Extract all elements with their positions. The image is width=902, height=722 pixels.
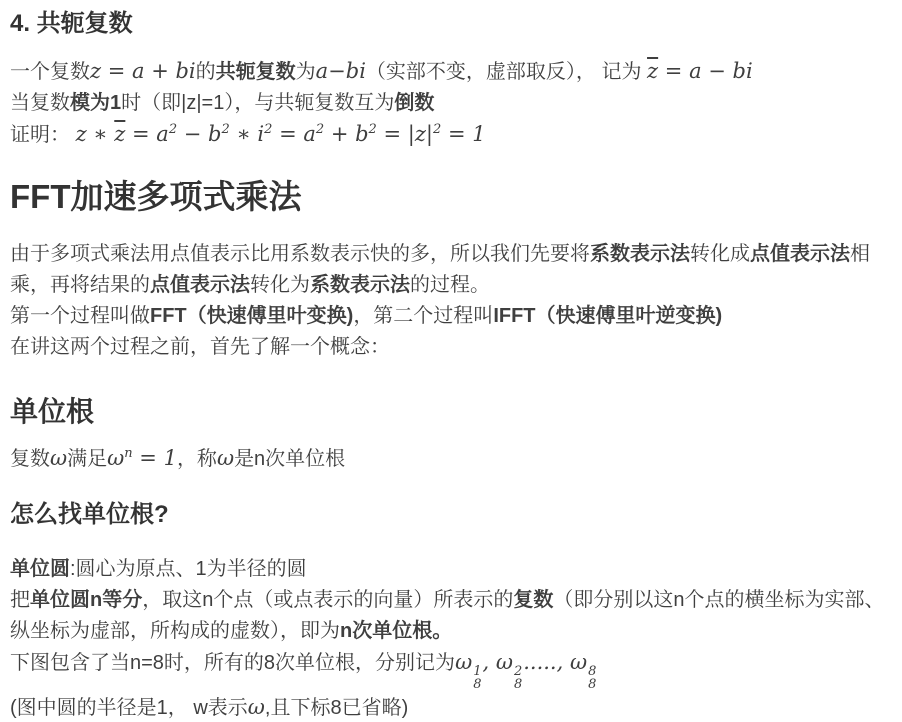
body-text: 的过程。	[410, 274, 490, 296]
bold-text: 单位圆	[10, 558, 70, 580]
heading-unit-root: 单位根	[10, 395, 880, 429]
math-text: ∗ i2	[230, 122, 273, 146]
math-text: ωn	[107, 446, 133, 470]
body-text: 为	[296, 61, 316, 83]
math-text: ω	[217, 446, 234, 470]
para-divide-circle-line2: 纵坐标为虚部，所构成的虚数），即为n次单位根。	[10, 616, 880, 647]
para-conjugate-definition: 一个复数z = a + bi的共轭复数为a−bi（实部不变，虚部取反）， 记为 …	[10, 56, 880, 88]
bold-text: IFFT（快速傅里叶逆变换)	[493, 305, 722, 327]
math-text: = 1	[441, 122, 485, 146]
para-fft-reason-line2: 乘，再将结果的点值表示法转化为系数表示法的过程。	[10, 270, 880, 301]
body-text: 怎么找单位根?	[10, 501, 169, 528]
bold-text: 共轭复数	[216, 61, 296, 83]
body-text: FFT加速多项式乘法	[10, 178, 301, 215]
body-text: :圆心为原点、1为半径的圆	[70, 558, 307, 580]
para-figure-note: (图中圆的半径是1， w表示ω,且下标8已省略)	[10, 692, 880, 722]
bold-text: 单位圆n等分	[30, 589, 142, 611]
para-unit-circle: 单位圆:圆心为原点、1为半径的圆	[10, 554, 880, 585]
body-text: 相	[850, 243, 870, 265]
heading-how-to-find-unit-root: 怎么找单位根?	[10, 501, 880, 530]
para-modulus-one: 当复数模为1时（即|z|=1），与共轭复数互为倒数	[10, 88, 880, 119]
body-text: （即分别以这n个点的横坐标为实部、	[553, 589, 884, 611]
body-text: ，第二个过程叫	[353, 305, 493, 327]
math-text: ω	[50, 446, 67, 470]
body-text: 把	[10, 589, 30, 611]
math-omega-stacked: ω18	[455, 650, 482, 674]
para-proof: 证明： z ∗ z = a2 − b2 ∗ i2 = a2 + b2 = |z|…	[10, 119, 880, 151]
body-text: 时（即|z|=1），与共轭复数互为	[121, 92, 394, 114]
math-text: z = a + bi	[90, 59, 196, 83]
body-text: 纵坐标为虚部，所构成的虚数），即为	[10, 620, 340, 642]
math-text: = a2	[272, 122, 324, 146]
math-text: z	[647, 59, 658, 83]
bold-text: FFT（快速傅里叶变换)	[150, 305, 353, 327]
body-text: 4. 共轭复数	[10, 10, 133, 37]
math-omega-stacked: ω88	[570, 650, 597, 674]
body-text: 在讲这两个过程之前，首先了解一个概念：	[10, 336, 390, 358]
math-text: .....,	[523, 650, 570, 674]
bold-text: 倒数	[394, 92, 434, 114]
body-text: 的	[196, 61, 216, 83]
body-text: ，称	[177, 448, 217, 470]
math-text: = 1	[133, 446, 177, 470]
para-fft-reason-line1: 由于多项式乘法用点值表示比用系数表示快的多，所以我们先要将系数表示法转化成点值表…	[10, 239, 880, 270]
body-text: 转化为	[250, 274, 310, 296]
math-text: − b2	[177, 122, 230, 146]
math-text: ω	[248, 695, 265, 719]
para-unit-root-definition: 复数ω满足ωn = 1，称ω是n次单位根	[10, 443, 880, 475]
body-text: ，取这n个点（或点表示的向量）所表示的	[142, 589, 513, 611]
body-text: （实部不变，虚部取反）， 记为	[366, 61, 647, 83]
bold-text: 模为1	[70, 92, 121, 114]
body-text: 复数	[10, 448, 50, 470]
body-text: 证明：	[10, 124, 76, 146]
math-text: = |z|2	[377, 122, 441, 146]
body-text: 满足	[67, 448, 107, 470]
para-divide-circle-line1: 把单位圆n等分，取这n个点（或点表示的向量）所表示的复数（即分别以这n个点的横坐…	[10, 585, 880, 616]
body-text: 由于多项式乘法用点值表示比用系数表示快的多，所以我们先要将	[10, 243, 590, 265]
body-text: 一个复数	[10, 61, 90, 83]
heading-fft-polynomial-multiplication: FFT加速多项式乘法	[10, 177, 880, 217]
bold-text: 点值表示法	[750, 243, 850, 265]
math-text: = a − bi	[658, 59, 753, 83]
body-text: 下图包含了当n=8时，所有的8次单位根，分别记为	[10, 652, 455, 674]
body-text: 当复数	[10, 92, 70, 114]
math-text: z ∗	[76, 122, 115, 146]
math-omega-stacked: ω28	[496, 650, 523, 674]
body-text: ,且下标8已省略)	[265, 697, 408, 719]
body-text: 乘，再将结果的	[10, 274, 150, 296]
body-text: 转化成	[690, 243, 750, 265]
math-text: = a2	[125, 122, 177, 146]
bold-text: 系数表示法	[590, 243, 690, 265]
math-text: + b2	[324, 122, 377, 146]
body-text: 是n次单位根	[234, 448, 345, 470]
para-fft-process: 第一个过程叫做FFT（快速傅里叶变换)，第二个过程叫IFFT（快速傅里叶逆变换)	[10, 301, 880, 332]
para-before-concept: 在讲这两个过程之前，首先了解一个概念：	[10, 332, 880, 363]
bold-text: n次单位根。	[340, 620, 452, 642]
math-text: z	[114, 122, 125, 146]
para-n8-roots: 下图包含了当n=8时，所有的8次单位根，分别记为ω18, ω28....., ω…	[10, 647, 880, 692]
body-text: 单位根	[10, 396, 94, 427]
bold-text: 系数表示法	[310, 274, 410, 296]
body-text: 第一个过程叫做	[10, 305, 150, 327]
heading-conjugate-complex: 4. 共轭复数	[10, 10, 880, 39]
math-text: a−bi	[316, 59, 366, 83]
document-body: 4. 共轭复数一个复数z = a + bi的共轭复数为a−bi（实部不变，虚部取…	[10, 10, 880, 722]
body-text: (图中圆的半径是1， w表示	[10, 697, 248, 719]
math-text: ,	[482, 650, 495, 674]
bold-text: 复数	[513, 589, 553, 611]
bold-text: 点值表示法	[150, 274, 250, 296]
